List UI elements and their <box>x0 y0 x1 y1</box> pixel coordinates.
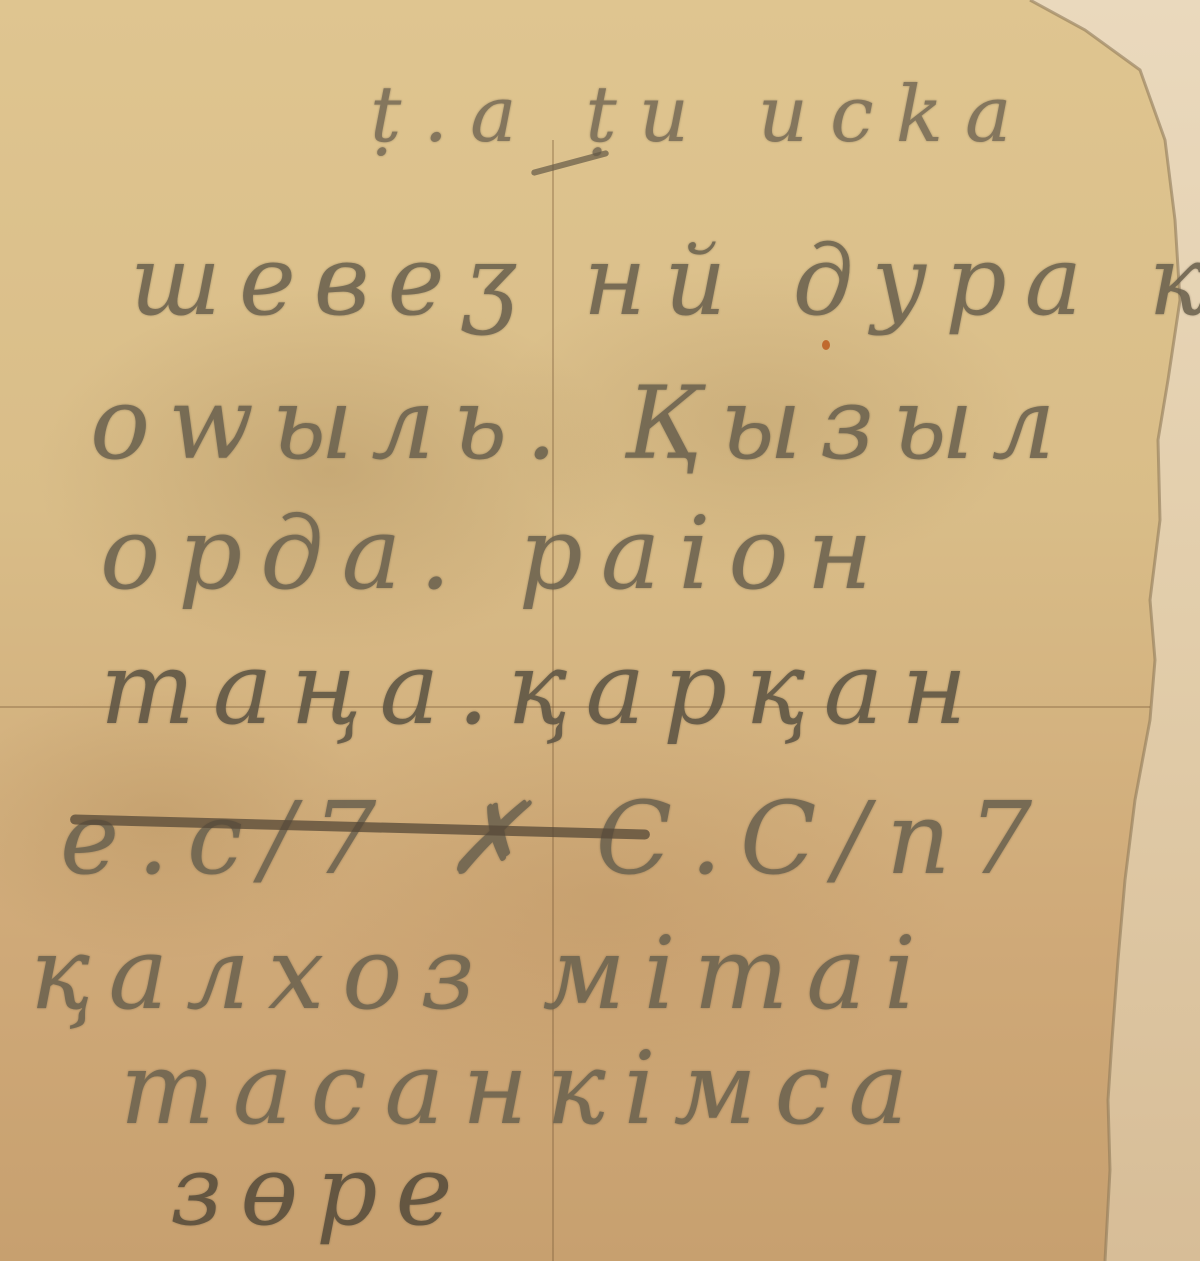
handwritten-line-8: таcанкiмса <box>120 1030 926 1147</box>
handwritten-line-9: зөре <box>170 1135 470 1247</box>
handwritten-line-1: ṭ.a ṭu ucka <box>370 70 1034 160</box>
handwritten-line-7: қалхоз мiтаi <box>30 915 934 1032</box>
handwritten-line-4: орда. раiон <box>100 495 890 612</box>
handwritten-line-2: шeвеʒ нй дура ки <box>130 225 1200 337</box>
handwritten-line-5: таңа.қарқан <box>100 630 985 747</box>
handwritten-line-3: оwыль. Қызыл <box>90 365 1073 482</box>
rust-stain <box>822 340 830 350</box>
handwritten-line-6: е.с/7 ✗ С.С/п7 <box>60 780 1050 897</box>
